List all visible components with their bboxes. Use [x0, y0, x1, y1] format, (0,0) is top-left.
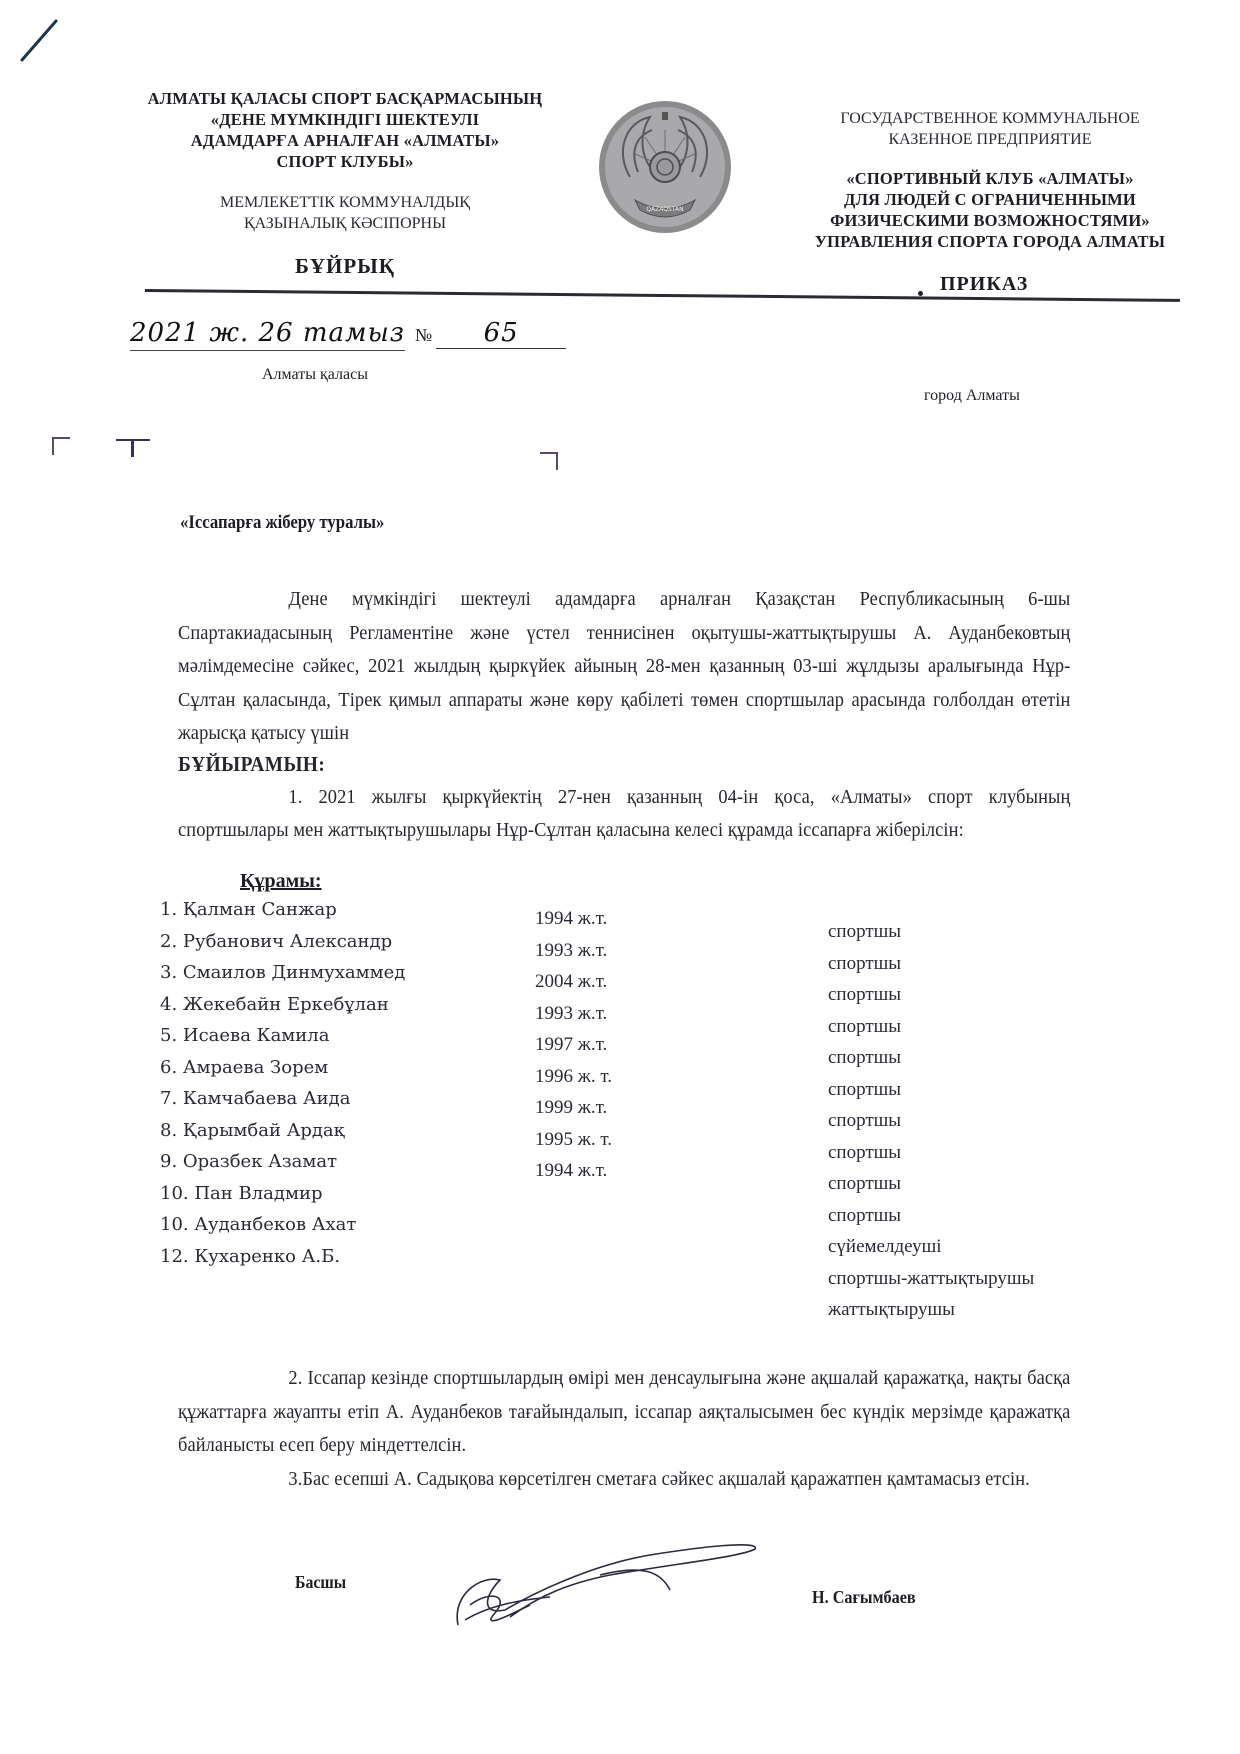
city-kz: Алматы қаласы	[262, 366, 368, 384]
document-body-closing: 2. Іссапар кезінде спортшылардың өмірі м…	[178, 1362, 1070, 1496]
roster-role: жаттықтырушы	[828, 1299, 955, 1321]
org-type-ru: ГОСУДАРСТВЕННОЕ КОММУНАЛЬНОЕ КАЗЕННОЕ ПР…	[790, 108, 1190, 150]
roster-year: 1995 ж. т.	[535, 1129, 612, 1151]
tee-mark-stem	[131, 439, 134, 457]
signatory-position: Басшы	[295, 1572, 346, 1593]
org-type-line: МЕМЛЕКЕТТІК КОММУНАЛДЫҚ	[120, 192, 570, 213]
pen-mark	[18, 18, 60, 64]
header-left: АЛМАТЫ ҚАЛАСЫ СПОРТ БАСҚАРМАСЫНЫҢ «ДЕНЕ …	[120, 88, 570, 279]
signatory-name: Н. Сағымбаев	[812, 1587, 916, 1608]
roster-year: 1999 ж.т.	[535, 1097, 607, 1119]
item-1-paragraph: 1. 2021 жылғы қыркүйектің 27-нен қазанны…	[178, 781, 1070, 848]
roster-year: 1996 ж. т.	[535, 1066, 612, 1088]
svg-text:QAZAQSTAN: QAZAQSTAN	[646, 206, 683, 213]
roster-year: 1994 ж.т.	[535, 1160, 607, 1182]
org-line: «ДЕНЕ МҮМКІНДІГІ ШЕКТЕУЛІ	[120, 109, 570, 130]
roster-year: 1993 ж.т.	[535, 940, 607, 962]
item-3-paragraph: 3.Бас есепші А. Садықова көрсетілген сме…	[178, 1463, 1070, 1497]
roster-row: жаттықтырушы	[160, 1277, 1120, 1309]
org-line: «СПОРТИВНЫЙ КЛУБ «АЛМАТЫ»	[790, 168, 1190, 189]
org-line: УПРАВЛЕНИЯ СПОРТА ГОРОДА АЛМАТЫ	[790, 231, 1190, 252]
roster-name: 12. Кухаренко А.Б.	[160, 1246, 340, 1267]
org-type-line: ҚАЗЫНАЛЫҚ КӘСІПОРНЫ	[120, 213, 570, 234]
org-line: АЛМАТЫ ҚАЛАСЫ СПОРТ БАСҚАРМАСЫНЫҢ	[120, 88, 570, 109]
roster-name: 1. Қалман Санжар	[160, 899, 337, 920]
roster-name: 4. Жекебайн Еркебұлан	[160, 994, 389, 1015]
handwritten-signature	[450, 1535, 770, 1635]
roster-row: 3. Смаилов Динмухаммед2004 ж.т.спортшы	[160, 962, 1120, 994]
org-type-line: КАЗЕННОЕ ПРЕДПРИЯТИЕ	[790, 129, 1190, 150]
roster-name: 10. Пан Владмир	[160, 1183, 323, 1204]
roster-year: 1993 ж.т.	[535, 1003, 607, 1025]
org-line: АДАМДАРҒА АРНАЛҒАН «АЛМАТЫ»	[120, 130, 570, 151]
org-name-kz: АЛМАТЫ ҚАЛАСЫ СПОРТ БАСҚАРМАСЫНЫҢ «ДЕНЕ …	[120, 88, 570, 172]
roster-row: 5. Исаева Камила1997 ж.т.спортшы	[160, 1025, 1120, 1057]
roster-row: 6. Амраева Зорем1996 ж. т.спортшы	[160, 1057, 1120, 1089]
org-type-kz: МЕМЛЕКЕТТІК КОММУНАЛДЫҚ ҚАЗЫНАЛЫҚ КӘСІПО…	[120, 192, 570, 234]
ink-dot	[918, 291, 923, 296]
corner-mark-top-left	[52, 437, 70, 455]
city-ru: город Алматы	[924, 387, 1020, 405]
roster-name: 8. Қарымбай Ардақ	[160, 1120, 345, 1141]
state-emblem-icon: QAZAQSTAN	[590, 92, 740, 242]
roster-row: 1. Қалман Санжар1994 ж.т.спортшы	[160, 899, 1120, 931]
order-word-ru: ПРИКАЗ	[940, 273, 1028, 296]
roster-row: 12. Кухаренко А.Б.спортшы-жаттықтырушы	[160, 1246, 1120, 1278]
roster-heading: Құрамы:	[240, 870, 1120, 893]
roster-name: 3. Смаилов Динмухаммед	[160, 962, 405, 983]
item-2-paragraph: 2. Іссапар кезінде спортшылардың өмірі м…	[178, 1362, 1070, 1463]
roster-year: 1997 ж.т.	[535, 1034, 607, 1056]
roster-name: 7. Камчабаева Аида	[160, 1088, 350, 1109]
roster-name: 9. Оразбек Азамат	[160, 1151, 337, 1172]
roster-row: 10. Пан Владмирспортшы	[160, 1183, 1120, 1215]
number-label: №	[415, 325, 432, 345]
roster-row: 2. Рубанович Александр1993 ж.т.спортшы	[160, 931, 1120, 963]
corner-mark-top-right	[540, 452, 558, 470]
org-line: ФИЗИЧЕСКИМИ ВОЗМОЖНОСТЯМИ»	[790, 210, 1190, 231]
document-title: «Іссапарға жіберу туралы»	[180, 512, 384, 534]
handwritten-number: 65	[436, 318, 566, 349]
roster-row: 9. Оразбек Азамат1994 ж.т.спортшы	[160, 1151, 1120, 1183]
order-word-kz: БҰЙРЫҚ	[120, 254, 570, 279]
header-right: ГОСУДАРСТВЕННОЕ КОММУНАЛЬНОЕ КАЗЕННОЕ ПР…	[790, 108, 1190, 252]
org-type-line: ГОСУДАРСТВЕННОЕ КОММУНАЛЬНОЕ	[790, 108, 1190, 129]
org-line: ДЛЯ ЛЮДЕЙ С ОГРАНИЧЕННЫМИ	[790, 189, 1190, 210]
roster-row: 7. Камчабаева Аида1999 ж.т.спортшы	[160, 1088, 1120, 1120]
roster-name: 5. Исаева Камила	[160, 1025, 329, 1046]
decree-word: БҰЙЫРАМЫН:	[178, 751, 1070, 777]
roster-name: 6. Амраева Зорем	[160, 1057, 328, 1078]
roster-year: 1994 ж.т.	[535, 908, 607, 930]
org-name-ru: «СПОРТИВНЫЙ КЛУБ «АЛМАТЫ» ДЛЯ ЛЮДЕЙ С ОГ…	[790, 168, 1190, 252]
roster-year: 2004 ж.т.	[535, 971, 607, 993]
preamble-paragraph: Дене мүмкіндігі шектеулі адамдарға арнал…	[178, 583, 1070, 751]
roster-row: 8. Қарымбай Ардақ1995 ж. т.спортшы	[160, 1120, 1120, 1152]
roster-row: 10. Ауданбеков Ахатсүйемелдеуші	[160, 1214, 1120, 1246]
roster-name: 2. Рубанович Александр	[160, 931, 392, 952]
handwritten-date: 2021 ж. 26 тамыз	[130, 318, 405, 351]
date-number-line: 2021 ж. 26 тамыз № 65	[130, 318, 566, 349]
roster-row: 4. Жекебайн Еркебұлан1993 ж.т.спортшы	[160, 994, 1120, 1026]
roster-name: 10. Ауданбеков Ахат	[160, 1214, 356, 1235]
roster: Құрамы: 1. Қалман Санжар1994 ж.т.спортшы…	[160, 870, 1120, 1309]
document-body: Дене мүмкіндігі шектеулі адамдарға арнал…	[178, 583, 1070, 848]
org-line: СПОРТ КЛУБЫ»	[120, 151, 570, 172]
